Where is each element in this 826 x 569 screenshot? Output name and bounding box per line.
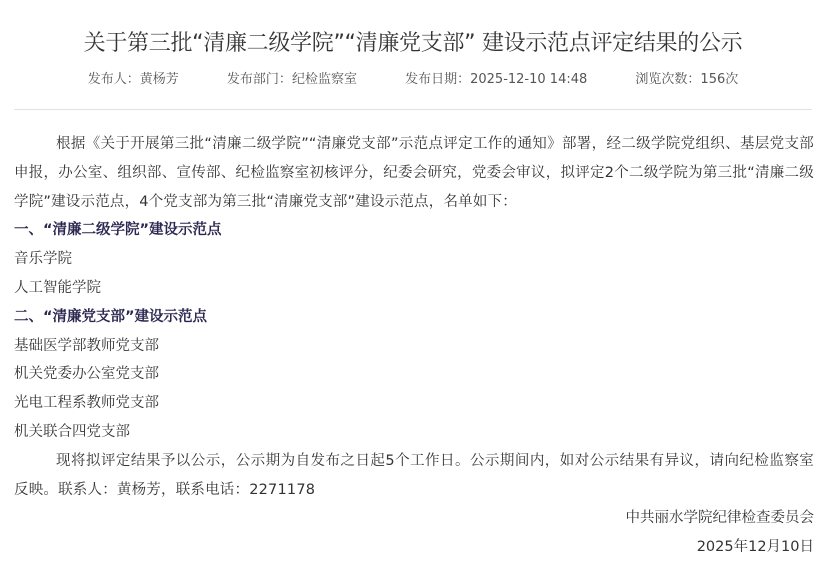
intro-paragraph: 根据《关于开展第三批“清廉二级学院”“清廉党支部”示范点评定工作的通知》部署，经… bbox=[14, 130, 814, 216]
meta-department-label: 发布部门： bbox=[227, 72, 292, 87]
list-item: 人工智能学院 bbox=[14, 274, 814, 303]
article: 关于第三批“清廉二级学院”“清廉党支部” 建设示范点评定结果的公示 发布人：黄杨… bbox=[0, 0, 826, 569]
meta-date-label: 发布日期： bbox=[405, 72, 470, 87]
signature-date: 2025年12月10日 bbox=[14, 533, 814, 562]
meta-views-label: 浏览次数： bbox=[635, 72, 700, 87]
divider bbox=[14, 109, 812, 110]
list-item: 音乐学院 bbox=[14, 245, 814, 274]
meta-views-value: 156次 bbox=[700, 72, 738, 87]
section-heading-colleges: 一、“清廉二级学院”建设示范点 bbox=[14, 216, 814, 245]
meta-publisher: 发布人：黄杨芳 bbox=[88, 70, 179, 90]
section-heading-branches: 二、“清廉党支部”建设示范点 bbox=[14, 303, 814, 332]
list-item: 机关联合四党支部 bbox=[14, 418, 814, 447]
meta-department: 发布部门：纪检监察室 bbox=[227, 70, 357, 90]
meta-publisher-value: 黄杨芳 bbox=[140, 72, 179, 87]
article-title: 关于第三批“清廉二级学院”“清廉党支部” 建设示范点评定结果的公示 bbox=[0, 28, 826, 60]
meta-date-value: 2025-12-10 14:48 bbox=[470, 72, 587, 87]
meta-publisher-label: 发布人： bbox=[88, 72, 140, 87]
article-body: 根据《关于开展第三批“清廉二级学院”“清廉党支部”示范点评定工作的通知》部署，经… bbox=[14, 130, 814, 562]
signature-organization: 中共丽水学院纪律检查委员会 bbox=[14, 504, 814, 533]
closing-paragraph: 现将拟评定结果予以公示，公示期为自发布之日起5个工作日。公示期间内，如对公示结果… bbox=[14, 447, 814, 505]
article-meta: 发布人：黄杨芳 发布部门：纪检监察室 发布日期：2025-12-10 14:48… bbox=[0, 70, 826, 90]
meta-department-value: 纪检监察室 bbox=[292, 72, 357, 87]
list-item: 基础医学部教师党支部 bbox=[14, 332, 814, 361]
meta-views: 浏览次数：156次 bbox=[635, 70, 738, 90]
list-item: 光电工程系教师党支部 bbox=[14, 389, 814, 418]
list-item: 机关党委办公室党支部 bbox=[14, 360, 814, 389]
meta-date: 发布日期：2025-12-10 14:48 bbox=[405, 70, 587, 90]
